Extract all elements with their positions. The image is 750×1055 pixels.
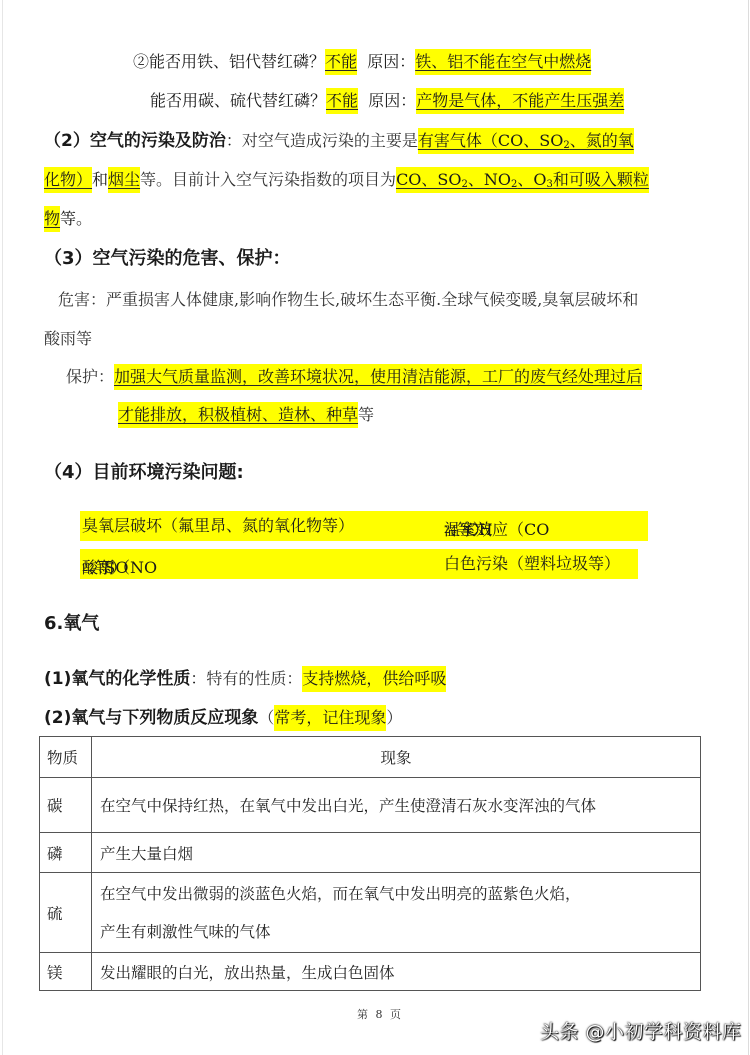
paren-open: （: [258, 708, 274, 727]
protect-line-2: 才能排放，积极植树、造林、种草等: [118, 404, 374, 426]
substance-cell: 硫: [40, 873, 92, 953]
property-title: (1)氧气的化学性质: [44, 669, 190, 689]
harmful-gas-highlight: 有害气体（CO、SO2、氮的氧: [418, 128, 634, 154]
substance-cell: 碳: [40, 778, 92, 833]
pollution-row-2: 酸雨（NO2、SO2等） 白色污染（塑料垃圾等）: [80, 549, 638, 579]
white-pollution-item: 白色污染（塑料垃圾等）: [444, 553, 620, 575]
dust-highlight: 烟尘: [108, 167, 140, 193]
section-6-title: 6.氧气: [44, 613, 99, 635]
section-2-title: （2）空气的污染及防治: [44, 131, 226, 151]
greenhouse-item: 温室效应（CO2、CH4等）: [444, 515, 457, 537]
property-highlight: 支持燃烧，供给呼吸: [302, 666, 446, 692]
table-row: 碳 在空气中保持红热，在氧气中发出白光，产生使澄清石灰水变浑浊的气体: [40, 778, 701, 833]
phenomenon-cell: 在空气中发出微弱的淡蓝色火焰，而在氧气中发出明亮的蓝紫色火焰， 产生有刺激性气味…: [92, 873, 701, 953]
question-carbon-sulfur: 能否用碳、硫代替红磷？不能 原因：产物是气体，不能产生压强差: [150, 90, 624, 112]
harm-line-2: 酸雨等: [44, 328, 92, 350]
reason-label: 原因：: [368, 91, 416, 110]
phenomenon-cell: 发出耀眼的白光，放出热量，生成白色固体: [92, 953, 701, 991]
header-substance: 物质: [40, 737, 92, 778]
particle-highlight: 物: [44, 206, 60, 232]
pollution-row-1: 臭氧层破坏（氟里昂、氮的氧化物等） 温室效应（CO2、CH4等）: [80, 511, 648, 541]
reaction-highlight: 常考，记住现象: [274, 705, 386, 731]
table-row: 镁 发出耀眼的白光，放出热量，生成白色固体: [40, 953, 701, 991]
harm-line-1: 危害：严重损害人体健康,影响作物生长,破坏生态平衡.全球气候变暖,臭氧层破坏和: [58, 289, 638, 311]
substance-cell: 镁: [40, 953, 92, 991]
and-text: 和: [92, 170, 108, 189]
etc-text: 等。: [60, 209, 92, 228]
phenomenon-line-2: 产生有刺激性气味的气体: [100, 913, 692, 951]
reason-label: 原因：: [367, 52, 415, 71]
index-text: 等。目前计入空气污染指数的项目为: [140, 170, 396, 189]
reaction-table: 物质 现象 碳 在空气中保持红热，在氧气中发出白光，产生使澄清石灰水变浑浊的气体…: [39, 736, 701, 991]
section-2-line-1: （2）空气的污染及防治：对空气造成污染的主要是有害气体（CO、SO2、氮的氧: [44, 130, 634, 152]
ozone-item: 臭氧层破坏（氟里昂、氮的氧化物等）: [82, 515, 354, 537]
oxygen-property-line: (1)氧气的化学性质：特有的性质：支持燃烧，供给呼吸: [44, 668, 446, 690]
answer-highlight: 不能: [325, 49, 357, 75]
index-items-highlight: CO、SO2、NO2、O3和可吸入颗粒: [396, 167, 649, 193]
page-number: 第 8 页: [357, 1006, 403, 1022]
page-edge-left: [2, 0, 3, 1055]
oxide-highlight: 化物）: [44, 167, 92, 193]
question-text: ②能否用铁、铝代替红磷？: [133, 52, 325, 71]
table-row: 磷 产生大量白烟: [40, 833, 701, 873]
phenomenon-cell: 在空气中保持红热，在氧气中发出白光，产生使澄清石灰水变浑浊的气体: [92, 778, 701, 833]
table-row: 硫 在空气中发出微弱的淡蓝色火焰，而在氧气中发出明亮的蓝紫色火焰， 产生有刺激性…: [40, 873, 701, 953]
phenomenon-cell: 产生大量白烟: [92, 833, 701, 873]
oxygen-reaction-line: (2)氧气与下列物质反应现象（常考，记住现象）: [44, 707, 402, 729]
colon: ：: [190, 669, 206, 688]
page-edge-right: [748, 0, 749, 1055]
reason-highlight: 铁、铝不能在空气中燃烧: [415, 49, 591, 75]
protect-highlight-1: 加强大气质量监测，改善环境状况，使用清洁能源，工厂的废气经处理过后: [114, 364, 642, 390]
phenomenon-line-1: 在空气中发出微弱的淡蓝色火焰，而在氧气中发出明亮的蓝紫色火焰，: [100, 875, 692, 913]
table-header-row: 物质 现象: [40, 737, 701, 778]
reaction-title: (2)氧气与下列物质反应现象: [44, 708, 258, 728]
question-text: 能否用碳、硫代替红磷？: [150, 91, 326, 110]
colon: ：: [226, 131, 242, 150]
reason-highlight: 产物是气体，不能产生压强差: [416, 88, 624, 114]
watermark: 头条 @小初学科资料库: [540, 1017, 742, 1044]
protect-line-1: 保护：加强大气质量监测，改善环境状况，使用清洁能源，工厂的废气经处理过后: [66, 366, 642, 388]
acid-rain-item: 酸雨（NO2、SO2等）: [82, 553, 95, 575]
section-2-line-2: 化物）和烟尘等。目前计入空气污染指数的项目为CO、SO2、NO2、O3和可吸入颗…: [44, 169, 649, 191]
section-3-title: （3）空气污染的危害、保护：: [44, 248, 291, 270]
header-phenomenon: 现象: [92, 737, 701, 778]
question-iron-aluminum: ②能否用铁、铝代替红磷？不能 原因：铁、铝不能在空气中燃烧: [133, 51, 591, 73]
protect-highlight-2: 才能排放，积极植树、造林、种草: [118, 402, 358, 428]
property-text: 特有的性质：: [206, 669, 302, 688]
answer-highlight: 不能: [326, 88, 358, 114]
section-4-title: （4）目前环境污染问题:: [44, 462, 244, 484]
protect-label: 保护：: [66, 367, 114, 386]
section-2-line-3: 物等。: [44, 208, 92, 230]
protect-tail: 等: [358, 405, 374, 424]
section-2-text: 对空气造成污染的主要是: [242, 131, 418, 150]
paren-close: ）: [386, 708, 402, 727]
substance-cell: 磷: [40, 833, 92, 873]
